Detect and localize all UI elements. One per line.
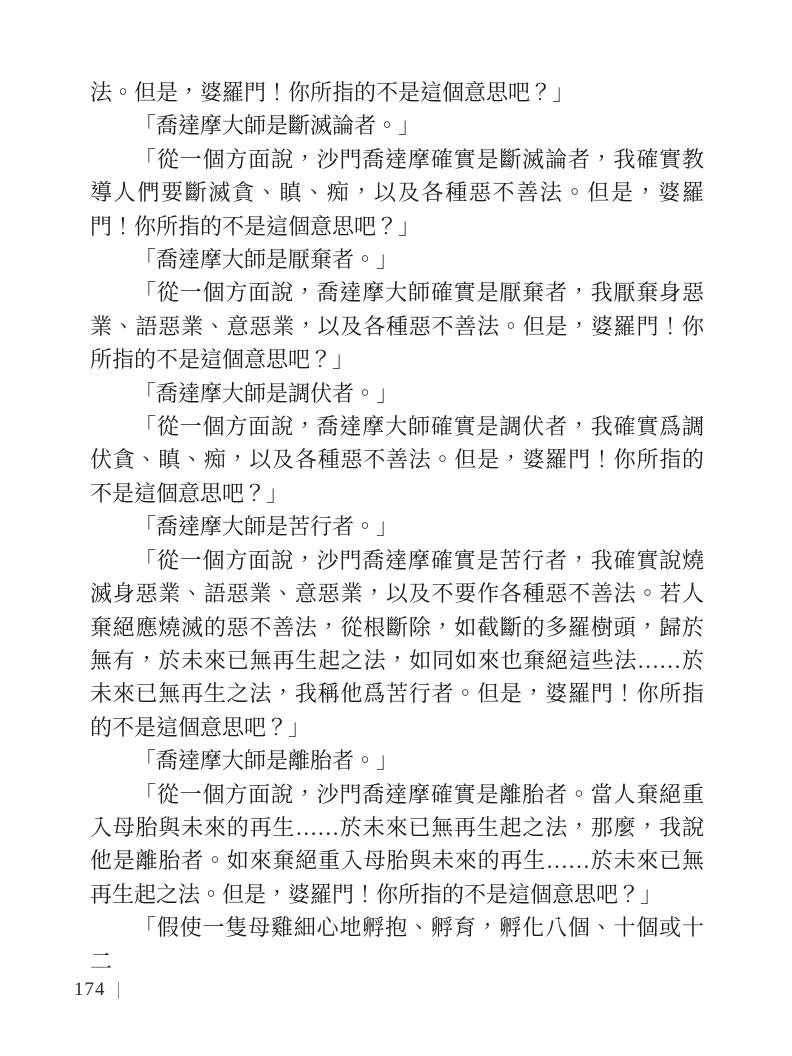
- page-footer: 174: [74, 979, 119, 1001]
- paragraph: 「從一個方面說，喬達摩大師確實是調伏者，我確實爲調伏貪、瞋、痴，以及各種惡不善法…: [90, 410, 704, 510]
- paragraph: 「從一個方面說，喬達摩大師確實是厭棄者，我厭棄身惡業、語惡業、意惡業，以及各種惡…: [90, 276, 704, 376]
- paragraph: 「喬達摩大師是苦行者。」: [90, 510, 704, 543]
- paragraph: 「假使一隻母雞細心地孵抱、孵育，孵化八個、十個或十二: [90, 911, 704, 978]
- book-page: 法。但是，婆羅門！你所指的不是這個意思吧？」 「喬達摩大師是斷滅論者。」 「從一…: [0, 0, 792, 1056]
- paragraph: 「喬達摩大師是斷滅論者。」: [90, 109, 704, 142]
- paragraph: 「喬達摩大師是厭棄者。」: [90, 243, 704, 276]
- paragraph: 「喬達摩大師是調伏者。」: [90, 377, 704, 410]
- paragraph: 法。但是，婆羅門！你所指的不是這個意思吧？」: [90, 76, 704, 109]
- paragraph: 「從一個方面說，沙門喬達摩確實是離胎者。當人棄絕重入母胎與未來的再生……於未來已…: [90, 778, 704, 912]
- paragraph: 「從一個方面說，沙門喬達摩確實是斷滅論者，我確實教導人們要斷滅貪、瞋、痴，以及各…: [90, 143, 704, 243]
- page-number: 174: [74, 979, 106, 1001]
- folio-divider: [118, 982, 119, 999]
- paragraph: 「從一個方面說，沙門喬達摩確實是苦行者，我確實說燒滅身惡業、語惡業、意惡業，以及…: [90, 544, 704, 744]
- body-text: 法。但是，婆羅門！你所指的不是這個意思吧？」 「喬達摩大師是斷滅論者。」 「從一…: [90, 76, 704, 978]
- paragraph: 「喬達摩大師是離胎者。」: [90, 744, 704, 777]
